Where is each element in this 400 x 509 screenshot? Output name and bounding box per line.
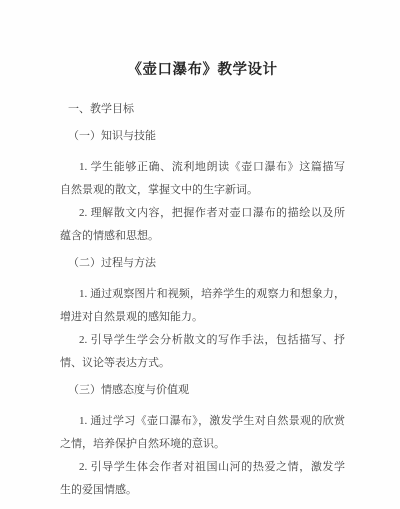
process-item1-line2: 增进对自然景观的感知能力。	[60, 306, 345, 329]
emotion-item2-line1: 2. 引导学生体会作者对祖国山河的热爱之情，激发学	[60, 456, 345, 479]
emotion-item2-line2: 生的爱国情感。	[60, 479, 345, 502]
process-item2-line1: 2. 引导学生学会分析散文的写作手法，包括描写、抒	[60, 329, 345, 352]
knowledge-item1-line1: 1. 学生能够正确、流利地朗读《壶口瀑布》这篇描写	[60, 156, 345, 179]
section-heading-teaching-objectives: 一、教学目标	[60, 98, 345, 121]
process-item2-line2: 情、议论等表达方式。	[60, 352, 345, 375]
knowledge-item2-line2: 蕴含的情感和思想。	[60, 225, 345, 248]
document-page: 《壶口瀑布》教学设计 一、教学目标 （一）知识与技能 1. 学生能够正确、流利地…	[0, 0, 400, 509]
emotion-item1-line2: 之情，培养保护自然环境的意识。	[60, 433, 345, 456]
subsection-heading-emotion-values: （三）情感态度与价值观	[60, 379, 345, 402]
knowledge-item1-line2: 自然景观的散文，掌握文中的生字新词。	[60, 179, 345, 202]
subsection-heading-knowledge-skills: （一）知识与技能	[60, 125, 345, 148]
emotion-item1-line1: 1. 通过学习《壶口瀑布》，激发学生对自然景观的欣赏	[60, 410, 345, 433]
subsection-heading-process-methods: （二）过程与方法	[60, 252, 345, 275]
page-content: 《壶口瀑布》教学设计 一、教学目标 （一）知识与技能 1. 学生能够正确、流利地…	[60, 0, 345, 502]
process-item1-line1: 1. 通过观察图片和视频，培养学生的观察力和想象力，	[60, 283, 345, 306]
knowledge-item2-line1: 2. 理解散文内容，把握作者对壶口瀑布的描绘以及所	[60, 202, 345, 225]
document-title: 《壶口瀑布》教学设计	[60, 58, 345, 82]
